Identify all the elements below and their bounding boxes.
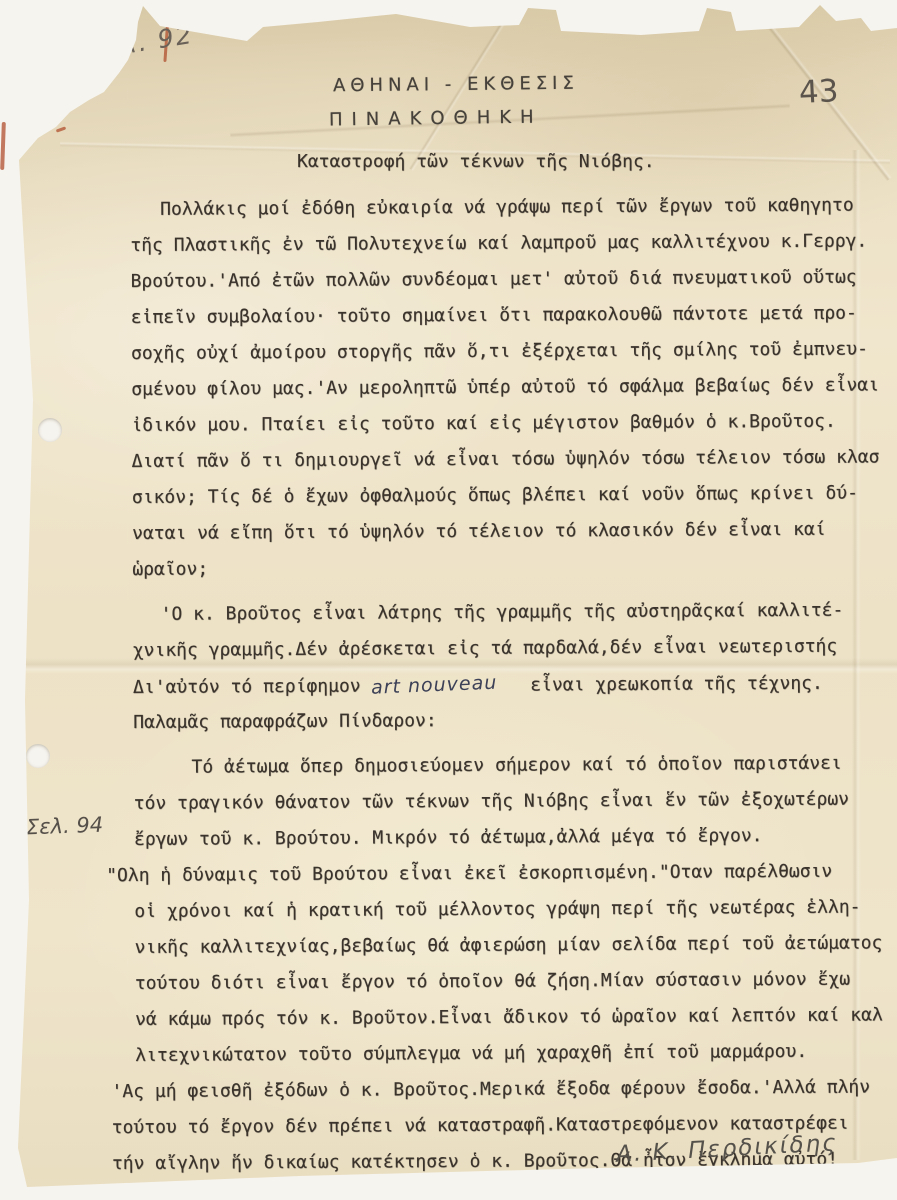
typed-line: ναται νά εἴπη ὅτι τό ὑψηλόν τό τέλειον τ… [132, 511, 897, 552]
typed-line: οἱ χρόνοι καί ἡ κρατική τοῦ μέλλοντος γρ… [134, 889, 897, 930]
paragraph: Τό ἀέτωμα ὅπερ δημοσιεύομεν σήμερον καί … [133, 745, 897, 858]
typed-line: τούτου διότι εἶναι ἔργον τό ὁποῖον θά ζή… [135, 961, 897, 1002]
typed-line: λιτεχνικώτατον τοῦτο σύμπλεγμα νά μή χαρ… [135, 1033, 897, 1074]
typed-line: Διατί πᾶν ὅ τι δημιουργεῖ νά εἶναι τόσω … [132, 439, 897, 480]
typed-line: εἰπεῖν συμβολαίου· τοῦτο σημαίνει ὅτι πα… [131, 295, 897, 336]
typed-line: χνικῆς γραμμῆς.Δέν ἀρέσκεται εἰς τά παρδ… [133, 628, 897, 669]
typed-line: νικῆς καλλιτεχνίας,βεβαίως θά ἀφιερώση μ… [135, 925, 897, 966]
typed-line: τῆς Πλαστικῆς ἐν τῶ Πολυτεχνείω καί λαμπ… [130, 223, 897, 264]
document-title: Καταστροφή τῶν τέκνων τῆς Νιόβης. [297, 151, 655, 172]
handwritten-margin-ref-94: Σελ. 94 [26, 813, 104, 840]
paragraph: 'Ας μή φεισθῆ ἐξόδων ὁ κ. Βροῦτος.Μερικά… [111, 1069, 897, 1182]
scanned-document: Σελ. 92 43 ΑΘΗΝΑΙ - ΕΚΘΕΣΙΣ ΠΙΝΑΚΟΘΗΚΗ Κ… [0, 0, 897, 1200]
punch-hole-bottom [26, 744, 50, 768]
typed-line: Τό ἀέτωμα ὅπερ δημοσιεύομεν σήμερον καί … [191, 745, 897, 785]
typed-line: νά κάμω πρός τόν κ. Βροῦτον.Εἶναι ἄδικον… [135, 997, 897, 1038]
red-pen-mark [56, 126, 66, 132]
typed-line: 'Ο κ. Βροῦτος εἶναι λάτρης τῆς γραμμῆς τ… [160, 592, 897, 633]
paper-sheet: Σελ. 92 43 ΑΘΗΝΑΙ - ΕΚΘΕΣΙΣ ΠΙΝΑΚΟΘΗΚΗ Κ… [0, 0, 897, 1200]
paragraph: Πολλάκις μοί ἐδόθη εὐκαιρία νά γράψω περ… [130, 187, 897, 588]
handwritten-page-number: 43 [798, 73, 839, 111]
typed-line: τόν τραγικόν θάνατον τῶν τέκνων τῆς Νιόβ… [134, 781, 897, 822]
typed-line: Βρούτου.'Από ἐτῶν πολλῶν συνδέομαι μετ' … [130, 259, 897, 300]
handwritten-ink-note: art nouveau [371, 665, 499, 706]
punch-hole-top [38, 418, 62, 442]
header-line-athens-exhibition: ΑΘΗΝΑΙ - ΕΚΘΕΣΙΣ [333, 73, 579, 97]
typed-line: ὡραῖον; [132, 547, 897, 588]
header-line-pinakothiki: ΠΙΝΑΚΟΘΗΚΗ [329, 107, 543, 131]
typed-line: σοχῆς οὐχί ἀμοίρου στοργῆς πᾶν ὅ,τι ἐξέρ… [131, 331, 897, 372]
typed-line: "Ολη ἡ δύναμις τοῦ Βρούτου εἶναι ἐκεῖ ἐσ… [106, 853, 897, 894]
paragraph: "Ολη ἡ δύναμις τοῦ Βρούτου εἶναι ἐκεῖ ἐσ… [134, 853, 897, 1074]
paragraph: 'Ο κ. Βροῦτος εἶναι λάτρης τῆς γραμμῆς τ… [132, 592, 897, 741]
typed-line: σμένου φίλου μας.'Αν μεροληπτῶ ὑπέρ αὐτο… [131, 367, 897, 408]
typed-line: Παλαμᾶς παραφράζων Πίνδαρον: [133, 700, 897, 741]
red-pen-mark [0, 122, 6, 170]
handwritten-page-ref-92: Σελ. 92 [86, 20, 195, 65]
typed-line: ἔργων τοῦ κ. Βρούτου. Μικρόν τό ἀέτωμα,ἀ… [134, 817, 897, 858]
typed-line: Δι'αὐτόν τό περίφημον art nouveau εἶναι … [133, 664, 897, 705]
typed-line: Πολλάκις μοί ἐδόθη εὐκαιρία νά γράψω περ… [160, 187, 897, 228]
typed-line: ἰδικόν μου. Πταίει εἰς τοῦτο καί εἰς μέγ… [131, 403, 897, 444]
body-text: Πολλάκις μοί ἐδόθη εὐκαιρία νά γράψω περ… [130, 187, 897, 1182]
typed-line: σικόν; Τίς δέ ὁ ἔχων ὀφθαλμούς ὅπως βλέπ… [132, 475, 897, 516]
typed-line: 'Ας μή φεισθῆ ἐξόδων ὁ κ. Βροῦτος.Μερικά… [111, 1069, 897, 1110]
red-pen-mark [96, 72, 113, 79]
